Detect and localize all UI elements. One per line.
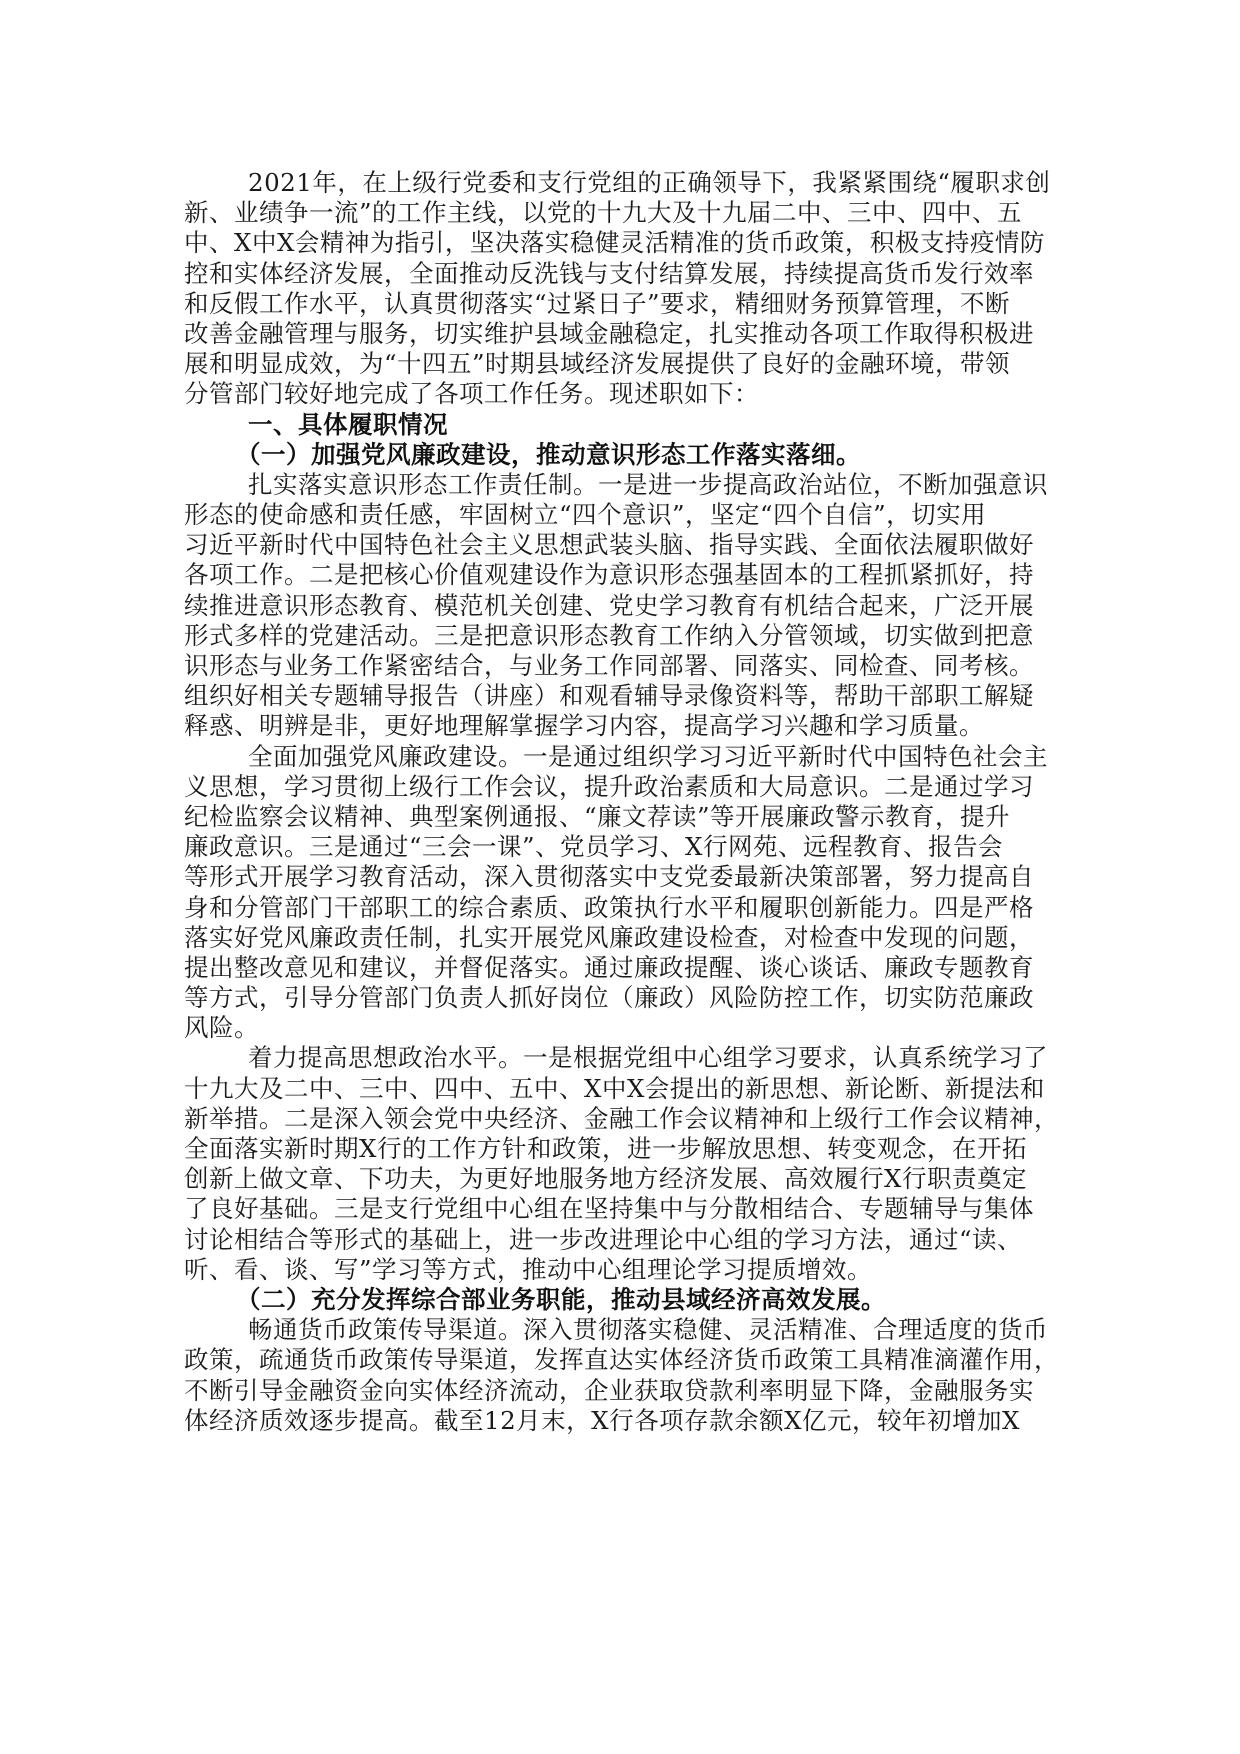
text-line: 改善金融管理与服务，切实维护县域金融稳定，扎实推动各项工作取得积极进 — [184, 319, 1064, 349]
text-line: 十九大及二中、三中、四中、五中、X中X会提出的新思想、新论断、新提法和 — [184, 1074, 1064, 1104]
text-line: 了良好基础。三是支行党组中心组在坚持集中与分散相结合、专题辅导与集体 — [184, 1194, 1064, 1224]
text-line: 2021年，在上级行党委和支行党组的正确领导下，我紧紧围绕“履职求创 — [184, 168, 1064, 198]
heading-text: （二）充分发挥综合部业务职能，推动县域经济高效发展。 — [184, 1285, 1064, 1315]
heading-text: （一）加强党风廉政建设，推动意识形态工作落实落细。 — [184, 440, 1064, 470]
text-line: 新、业绩争一流”的工作主线，以党的十九大及十九届二中、三中、四中、五 — [184, 198, 1064, 228]
text-line: 政策，疏通货币政策传导渠道，发挥直达实体经济货币政策工具精准滴灌作用， — [184, 1345, 1064, 1375]
paragraph: 畅通货币政策传导渠道。深入贯彻落实稳健、灵活精准、合理适度的货币政策，疏通货币政… — [184, 1315, 1064, 1436]
text-line: 创新上做文章、下功夫，为更好地服务地方经济发展、高效履行X行职责奠定 — [184, 1164, 1064, 1194]
text-line: 义思想，学习贯彻上级行工作会议，提升政治素质和大局意识。二是通过学习 — [184, 772, 1064, 802]
text-line: 扎实落实意识形态工作责任制。一是进一步提高政治站位，不断加强意识 — [184, 470, 1064, 500]
text-line: 形态的使命感和责任感，牢固树立“四个意识”，坚定“四个自信”，切实用 — [184, 500, 1064, 530]
paragraph: 2021年，在上级行党委和支行党组的正确领导下，我紧紧围绕“履职求创新、业绩争一… — [184, 168, 1064, 410]
text-line: 身和分管部门干部职工的综合素质、政策执行水平和履职创新能力。四是严格 — [184, 893, 1064, 923]
paragraph: 扎实落实意识形态工作责任制。一是进一步提高政治站位，不断加强意识形态的使命感和责… — [184, 470, 1064, 742]
text-line: 体经济质效逐步提高。截至12月末，X行各项存款余额X亿元，较年初增加X — [184, 1406, 1064, 1436]
text-line: 等方式，引导分管部门负责人抓好岗位（廉政）风险防控工作，切实防范廉政 — [184, 983, 1064, 1013]
subsection-heading: （二）充分发挥综合部业务职能，推动县域经济高效发展。 — [184, 1285, 1064, 1315]
text-line: 习近平新时代中国特色社会主义思想武装头脑、指导实践、全面依法履职做好 — [184, 530, 1064, 560]
text-line: 等形式开展学习教育活动，深入贯彻落实中支党委最新决策部署，努力提高自 — [184, 862, 1064, 892]
text-line: 控和实体经济发展，全面推动反洗钱与支付结算发展，持续提高货币发行效率 — [184, 259, 1064, 289]
text-line: 全面加强党风廉政建设。一是通过组织学习习近平新时代中国特色社会主 — [184, 742, 1064, 772]
text-line: 着力提高思想政治水平。一是根据党组中心组学习要求，认真系统学习了 — [184, 1043, 1064, 1073]
text-line: 全面落实新时期X行的工作方针和政策，进一步解放思想、转变观念，在开拓 — [184, 1134, 1064, 1164]
paragraph: 着力提高思想政治水平。一是根据党组中心组学习要求，认真系统学习了十九大及二中、三… — [184, 1043, 1064, 1285]
text-line: 组织好相关专题辅导报告（讲座）和观看辅导录像资料等，帮助干部职工解疑 — [184, 681, 1064, 711]
text-line: 中、X中X会精神为指引，坚决落实稳健灵活精准的货币政策，积极支持疫情防 — [184, 228, 1064, 258]
text-line: 新举措。二是深入领会党中央经济、金融工作会议精神和上级行工作会议精神， — [184, 1104, 1064, 1134]
text-line: 风险。 — [184, 1013, 1064, 1043]
text-line: 廉政意识。三是通过“三会一课”、党员学习、X行网苑、远程教育、报告会 — [184, 832, 1064, 862]
text-line: 听、看、谈、写”学习等方式，推动中心组理论学习提质增效。 — [184, 1255, 1064, 1285]
text-line: 各项工作。二是把核心价值观建设作为意识形态强基固本的工程抓紧抓好，持 — [184, 560, 1064, 590]
text-line: 不断引导金融资金向实体经济流动，企业获取贷款利率明显下降，金融服务实 — [184, 1376, 1064, 1406]
text-line: 续推进意识形态教育、模范机关创建、党史学习教育有机结合起来，广泛开展 — [184, 591, 1064, 621]
text-line: 提出整改意见和建议，并督促落实。通过廉政提醒、谈心谈话、廉政专题教育 — [184, 953, 1064, 983]
text-line: 释惑、明辨是非，更好地理解掌握学习内容，提高学习兴趣和学习质量。 — [184, 711, 1064, 741]
text-line: 和反假工作水平，认真贯彻落实“过紧日子”要求，精细财务预算管理，不断 — [184, 289, 1064, 319]
text-line: 展和明显成效，为“十四五”时期县域经济发展提供了良好的金融环境，带领 — [184, 349, 1064, 379]
text-line: 落实好党风廉政责任制，扎实开展党风廉政建设检查，对检查中发现的问题， — [184, 923, 1064, 953]
text-line: 畅通货币政策传导渠道。深入贯彻落实稳健、灵活精准、合理适度的货币 — [184, 1315, 1064, 1345]
subsection-heading: （一）加强党风廉政建设，推动意识形态工作落实落细。 — [184, 440, 1064, 470]
paragraph: 全面加强党风廉政建设。一是通过组织学习习近平新时代中国特色社会主义思想，学习贯彻… — [184, 742, 1064, 1044]
text-line: 纪检监察会议精神、典型案例通报、“廉文荐读”等开展廉政警示教育，提升 — [184, 802, 1064, 832]
heading-text: 一、具体履职情况 — [184, 410, 1064, 440]
text-line: 分管部门较好地完成了各项工作任务。现述职如下： — [184, 379, 1064, 409]
text-line: 识形态与业务工作紧密结合，与业务工作同部署、同落实、同检查、同考核。 — [184, 651, 1064, 681]
document-page: 2021年，在上级行党委和支行党组的正确领导下，我紧紧围绕“履职求创新、业绩争一… — [184, 168, 1064, 1436]
section-heading: 一、具体履职情况 — [184, 410, 1064, 440]
text-line: 讨论相结合等形式的基础上，进一步改进理论中心组的学习方法，通过“读、 — [184, 1225, 1064, 1255]
text-line: 形式多样的党建活动。三是把意识形态教育工作纳入分管领域，切实做到把意 — [184, 621, 1064, 651]
